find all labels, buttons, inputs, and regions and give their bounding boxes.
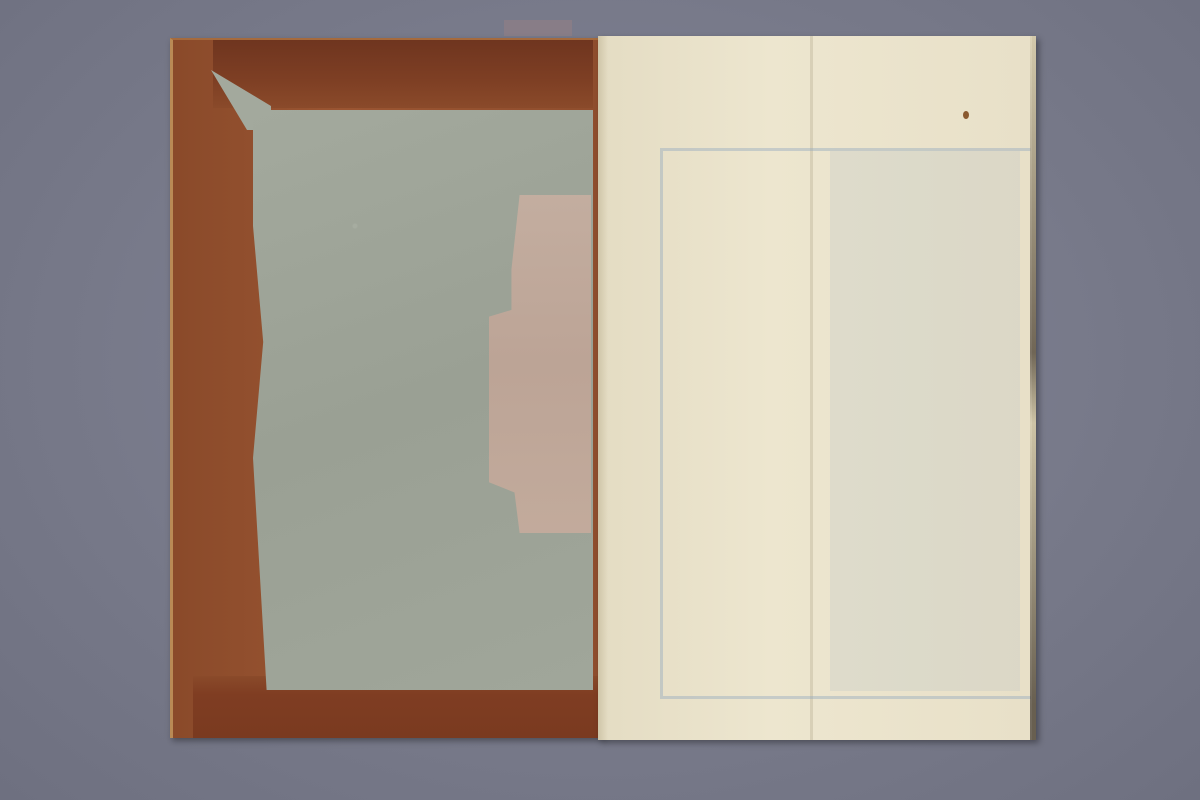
paper-tab — [504, 20, 572, 36]
inside-front-cover: Inside front cover with brown border and… — [170, 38, 603, 738]
fore-edge — [1030, 36, 1036, 740]
cover-top-border — [213, 40, 593, 108]
show-through-frame — [660, 148, 1031, 699]
page-gutter — [598, 36, 608, 740]
first-page: First page, cream paper with faint show-… — [598, 36, 1036, 740]
stain-mark — [963, 111, 969, 119]
